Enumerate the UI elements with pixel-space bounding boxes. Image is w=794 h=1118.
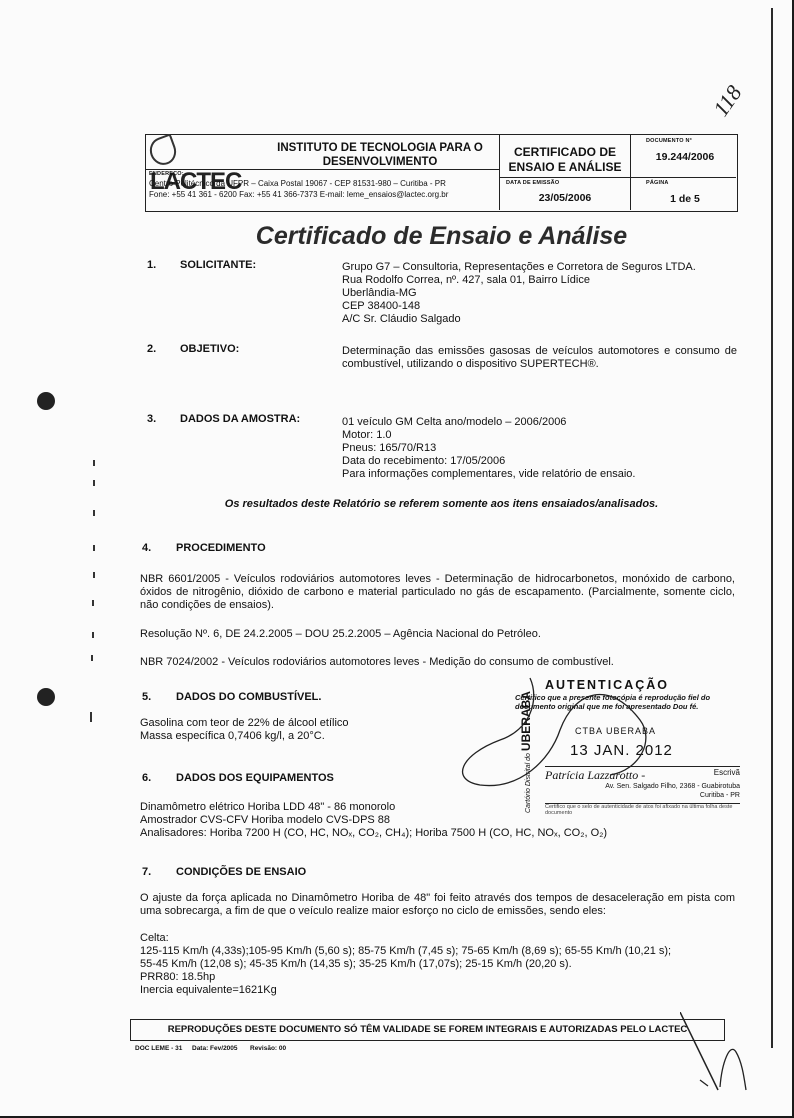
inertia-value: Inercia equivalente=1621Kg xyxy=(140,984,740,997)
notary-role: Escrivã xyxy=(714,768,740,777)
text-line: Motor: 1.0 xyxy=(342,429,742,442)
lactec-logo: LACTEC xyxy=(150,137,258,169)
solicitante-details: Grupo G7 – Consultoria, Representações e… xyxy=(342,261,742,326)
address-line: Centro Politécnico da UFPR – Caixa Posta… xyxy=(149,178,448,189)
page-border-line xyxy=(771,8,773,1048)
address-label: ENDEREÇO: xyxy=(149,171,184,177)
binding-mark xyxy=(93,510,95,516)
text-line: 01 veículo GM Celta ano/modelo – 2006/20… xyxy=(342,416,742,429)
punch-hole-top xyxy=(37,392,55,410)
section-number: 2. xyxy=(147,343,156,355)
procedimento-paragraph: NBR 6601/2005 - Veículos rodoviários aut… xyxy=(140,573,735,612)
handwritten-page-number: 118 xyxy=(708,81,747,122)
doc-revision: Revisão: 00 xyxy=(250,1045,286,1052)
condicoes-intro: O ajuste da força aplicada no Dinamômetr… xyxy=(140,892,735,918)
amostra-details: 01 veículo GM Celta ano/modelo – 2006/20… xyxy=(342,416,742,481)
results-disclaimer: Os resultados deste Relatório se referem… xyxy=(145,498,738,510)
section-number: 6. xyxy=(142,772,151,784)
issue-date-label: DATA DE EMISSÃO xyxy=(506,180,559,186)
doc-code: DOC LEME - 31 xyxy=(135,1045,182,1052)
doc-date: Data: Fev/2005 xyxy=(192,1045,238,1052)
text-line: Grupo G7 – Consultoria, Representações e… xyxy=(342,261,742,274)
text-line: A/C Sr. Cláudio Salgado xyxy=(342,313,742,326)
section-number: 3. xyxy=(147,413,156,425)
section-number: 7. xyxy=(142,866,151,878)
deceleration-times: 55-45 Km/h (12,08 s); 45-35 Km/h (14,35 … xyxy=(140,958,740,971)
address: Centro Politécnico da UFPR – Caixa Posta… xyxy=(149,178,448,200)
reproduction-notice: REPRODUÇÕES DESTE DOCUMENTO SÓ TÊM VALID… xyxy=(130,1019,725,1041)
text-line: Uberlândia-MG xyxy=(342,287,742,300)
binding-mark xyxy=(90,712,92,722)
procedimento-paragraph: Resolução Nº. 6, DE 24.2.2005 – DOU 25.2… xyxy=(140,628,735,641)
text-line: Rua Rodolfo Correa, nº. 427, sala 01, Ba… xyxy=(342,274,742,287)
section-number: 4. xyxy=(142,542,151,554)
binding-mark xyxy=(93,572,95,578)
condicoes-details: Celta: 125-115 Km/h (4,33s);105-95 Km/h … xyxy=(140,932,740,997)
binding-mark xyxy=(92,600,94,606)
section-label-solicitante: SOLICITANTE: xyxy=(180,259,256,271)
binding-mark xyxy=(91,655,93,661)
contact-line: Fone: +55 41 361 - 6200 Fax: +55 41 366-… xyxy=(149,189,448,200)
document-number: 19.244/2006 xyxy=(631,151,739,163)
certificate-type: CERTIFICADO DE ENSAIO E ANÁLISE xyxy=(503,145,627,175)
stamp-fine-print: Certifico que o selo de autenticidade de… xyxy=(545,803,740,816)
document-title: Certificado de Ensaio e Análise xyxy=(145,222,738,251)
section-label-amostra: DADOS DA AMOSTRA: xyxy=(180,413,300,425)
analyzers-line: Analisadores: Horiba 7200 H (CO, HC, NOₓ… xyxy=(140,827,740,840)
handwritten-initials xyxy=(680,1012,750,1092)
objetivo-text: Determinação das emissões gasosas de veí… xyxy=(342,345,737,371)
page-number: 1 de 5 xyxy=(631,193,739,205)
section-label-combustivel: DADOS DO COMBUSTÍVEL. xyxy=(176,691,321,703)
section-number: 1. xyxy=(147,259,156,271)
lactec-logo-icon xyxy=(146,133,180,168)
binding-mark xyxy=(93,545,95,551)
punch-hole-bottom xyxy=(37,688,55,706)
text-line: Para informações complementares, vide re… xyxy=(342,468,742,481)
binding-mark xyxy=(92,632,94,638)
vehicle-name: Celta: xyxy=(140,932,740,945)
institution-name: INSTITUTO DE TECNOLOGIA PARA O DESENVOLV… xyxy=(264,141,496,169)
section-label-equipamentos: DADOS DOS EQUIPAMENTOS xyxy=(176,772,334,784)
text-line: CEP 38400-148 xyxy=(342,300,742,313)
binding-mark xyxy=(93,480,95,486)
text-line: Data do recebimento: 17/05/2006 xyxy=(342,455,742,468)
document-number-label: DOCUMENTO N° xyxy=(646,138,692,144)
section-label-condicoes: CONDIÇÕES DE ENSAIO xyxy=(176,866,306,878)
binding-mark xyxy=(93,460,95,466)
section-label-objetivo: OBJETIVO: xyxy=(180,343,239,355)
page-label: PÁGINA xyxy=(646,180,669,186)
handwritten-signature xyxy=(440,660,670,800)
prr80-value: PRR80: 18.5hp xyxy=(140,971,740,984)
issue-date: 23/05/2006 xyxy=(503,192,627,204)
document-header: LACTEC INSTITUTO DE TECNOLOGIA PARA O DE… xyxy=(145,134,738,212)
text-line: Pneus: 165/70/R13 xyxy=(342,442,742,455)
section-number: 5. xyxy=(142,691,151,703)
deceleration-times: 125-115 Km/h (4,33s);105-95 Km/h (5,60 s… xyxy=(140,945,740,958)
section-label-procedimento: PROCEDIMENTO xyxy=(176,542,266,554)
